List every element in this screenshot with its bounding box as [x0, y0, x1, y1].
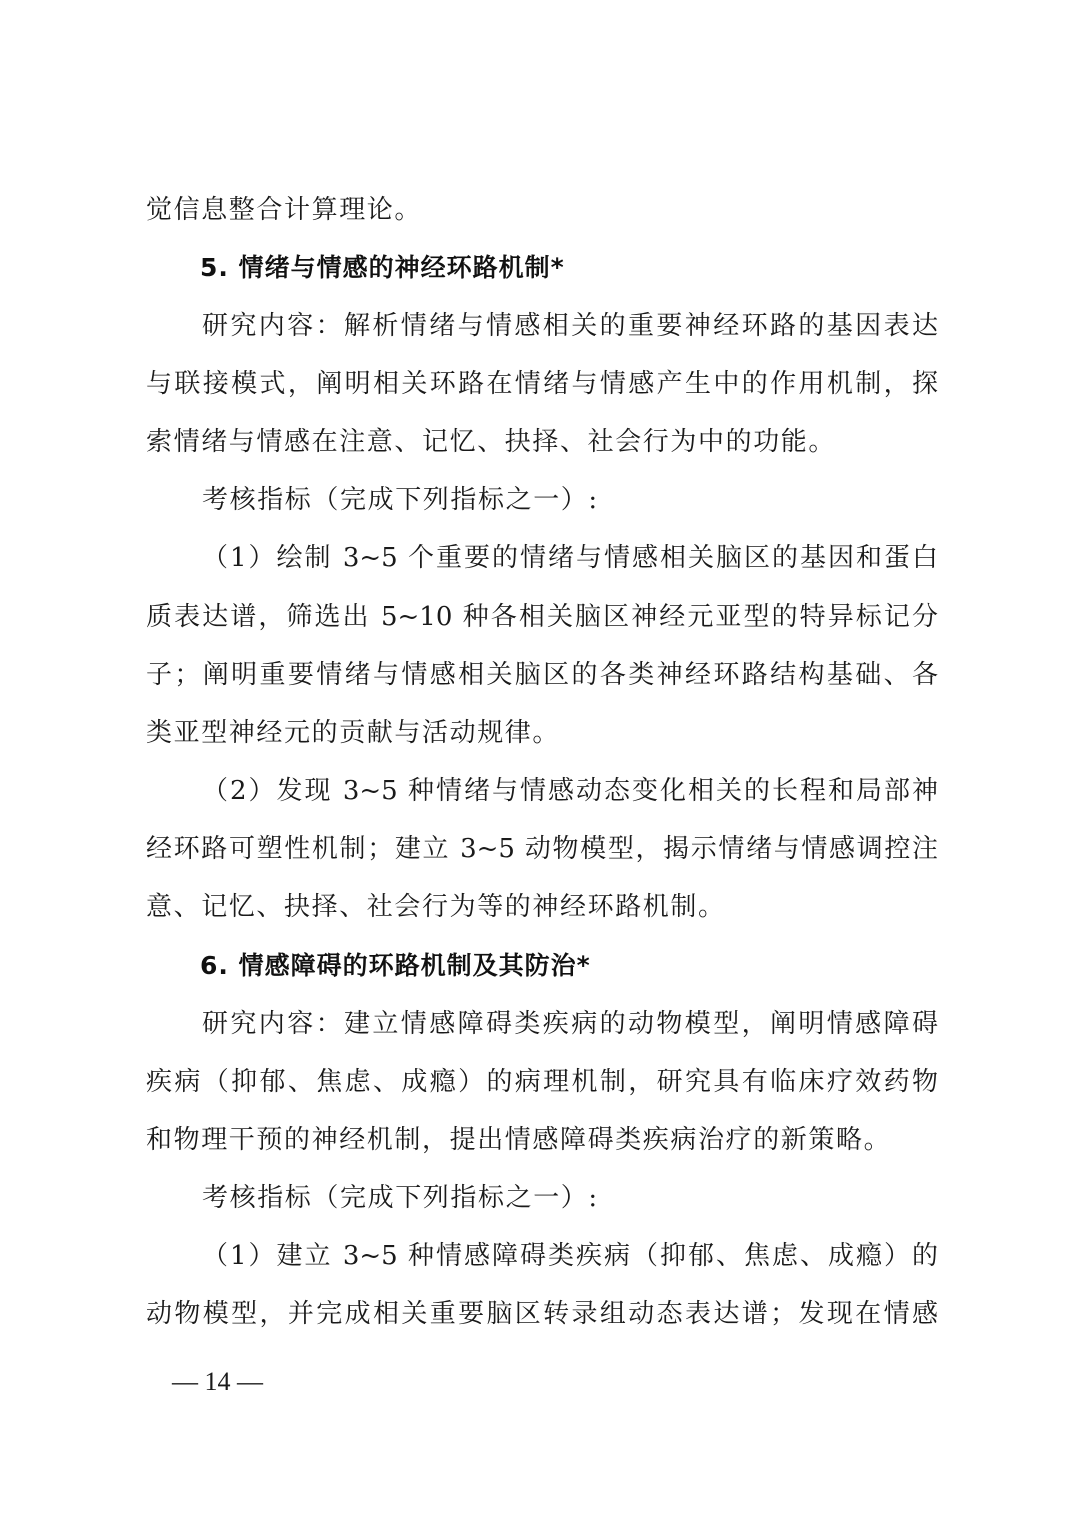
indicator-line: （1）绘制 3~5 个重要的情绪与情感相关脑区的基因和蛋白: [202, 538, 938, 578]
page-number: — 14 —: [172, 1364, 263, 1400]
indicator-line: 类亚型神经元的贡献与活动规律。: [146, 713, 938, 753]
indicator-line: （2）发现 3~5 种情绪与情感动态变化相关的长程和局部神: [202, 771, 938, 811]
research-content-line: 研究内容：解析情绪与情感相关的重要神经环路的基因表达: [202, 306, 938, 346]
research-content-line: 疾病（抑郁、焦虑、成瘾）的病理机制，研究具有临床疗效药物: [146, 1062, 938, 1102]
research-content-line: 索情绪与情感在注意、记忆、抉择、社会行为中的功能。: [146, 422, 938, 462]
indicator-line: 动物模型，并完成相关重要脑区转录组动态表达谱；发现在情感: [146, 1294, 938, 1334]
research-content-line: 研究内容：建立情感障碍类疾病的动物模型，阐明情感障碍: [202, 1004, 938, 1044]
indicator-line: 质表达谱，筛选出 5~10 种各相关脑区神经元亚型的特异标记分: [146, 597, 938, 637]
assessment-label: 考核指标（完成下列指标之一）:: [202, 1178, 938, 1218]
indicator-line: 经环路可塑性机制；建立 3~5 动物模型，揭示情绪与情感调控注: [146, 829, 938, 869]
section-heading-6: 6. 情感障碍的环路机制及其防治*: [200, 946, 992, 986]
indicator-line: （1）建立 3~5 种情感障碍类疾病（抑郁、焦虑、成瘾）的: [202, 1236, 938, 1276]
research-content-line: 和物理干预的神经机制，提出情感障碍类疾病治疗的新策略。: [146, 1120, 938, 1160]
document-page: 觉信息整合计算理论。 5. 情绪与情感的神经环路机制* 研究内容：解析情绪与情感…: [0, 0, 1080, 1527]
assessment-label: 考核指标（完成下列指标之一）:: [202, 480, 938, 520]
indicator-line: 意、记忆、抉择、社会行为等的神经环路机制。: [146, 887, 938, 927]
paragraph-line-continuation: 觉信息整合计算理论。: [146, 190, 938, 230]
section-heading-5: 5. 情绪与情感的神经环路机制*: [200, 248, 992, 288]
indicator-line: 子；阐明重要情绪与情感相关脑区的各类神经环路结构基础、各: [146, 655, 938, 695]
research-content-line: 与联接模式，阐明相关环路在情绪与情感产生中的作用机制，探: [146, 364, 938, 404]
